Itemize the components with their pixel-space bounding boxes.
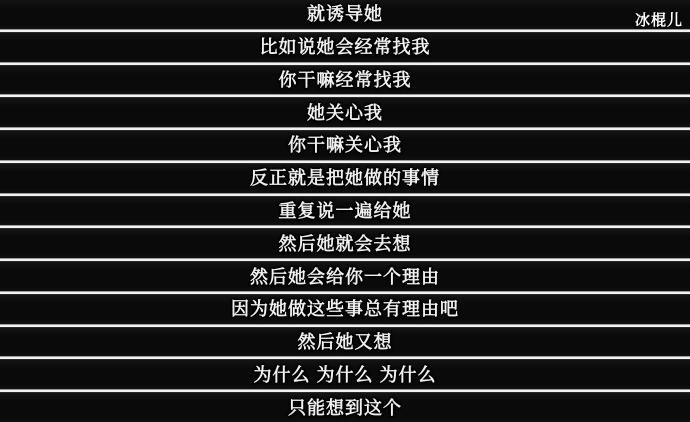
video-frame: 冰棍儿 就诱导她 比如说她会经常找我 你干嘛经常找我 她关心我 你干嘛关心我 反… (0, 0, 690, 422)
subtitle-text: 然后她又想 (298, 333, 393, 351)
subtitle-bar: 然后她就会去想 (0, 229, 690, 258)
subtitle-bar: 然后她又想 (0, 328, 690, 357)
subtitle-bar: 反正就是把她做的事情 (0, 164, 690, 193)
subtitle-text: 你干嘛关心我 (288, 136, 402, 154)
subtitle-bar: 只能想到这个 (0, 393, 690, 422)
subtitle-text: 反正就是把她做的事情 (250, 169, 440, 187)
subtitle-text: 为什么 为什么 为什么 (253, 366, 436, 384)
subtitle-text: 重复说一遍给她 (279, 202, 412, 220)
watermark: 冰棍儿 (635, 9, 683, 30)
subtitle-bar: 你干嘛经常找我 (0, 66, 690, 95)
subtitle-bar: 就诱导她 (0, 0, 690, 29)
subtitle-text: 你干嘛经常找我 (279, 71, 412, 89)
subtitle-bar: 然后她会给你一个理由 (0, 262, 690, 291)
subtitle-text: 只能想到这个 (288, 399, 402, 417)
subtitle-bar: 她关心我 (0, 98, 690, 127)
subtitle-text: 然后她就会去想 (279, 235, 412, 253)
subtitle-bar: 为什么 为什么 为什么 (0, 360, 690, 389)
subtitle-bar: 比如说她会经常找我 (0, 33, 690, 62)
subtitle-bar: 你干嘛关心我 (0, 131, 690, 160)
subtitle-text: 就诱导她 (307, 5, 383, 23)
subtitle-bar: 重复说一遍给她 (0, 197, 690, 226)
subtitle-text: 她关心我 (307, 104, 383, 122)
subtitle-text: 比如说她会经常找我 (260, 38, 431, 56)
subtitle-text: 因为她做这些事总有理由吧 (231, 300, 459, 318)
subtitle-text: 然后她会给你一个理由 (250, 268, 440, 286)
subtitle-bar: 因为她做这些事总有理由吧 (0, 295, 690, 324)
